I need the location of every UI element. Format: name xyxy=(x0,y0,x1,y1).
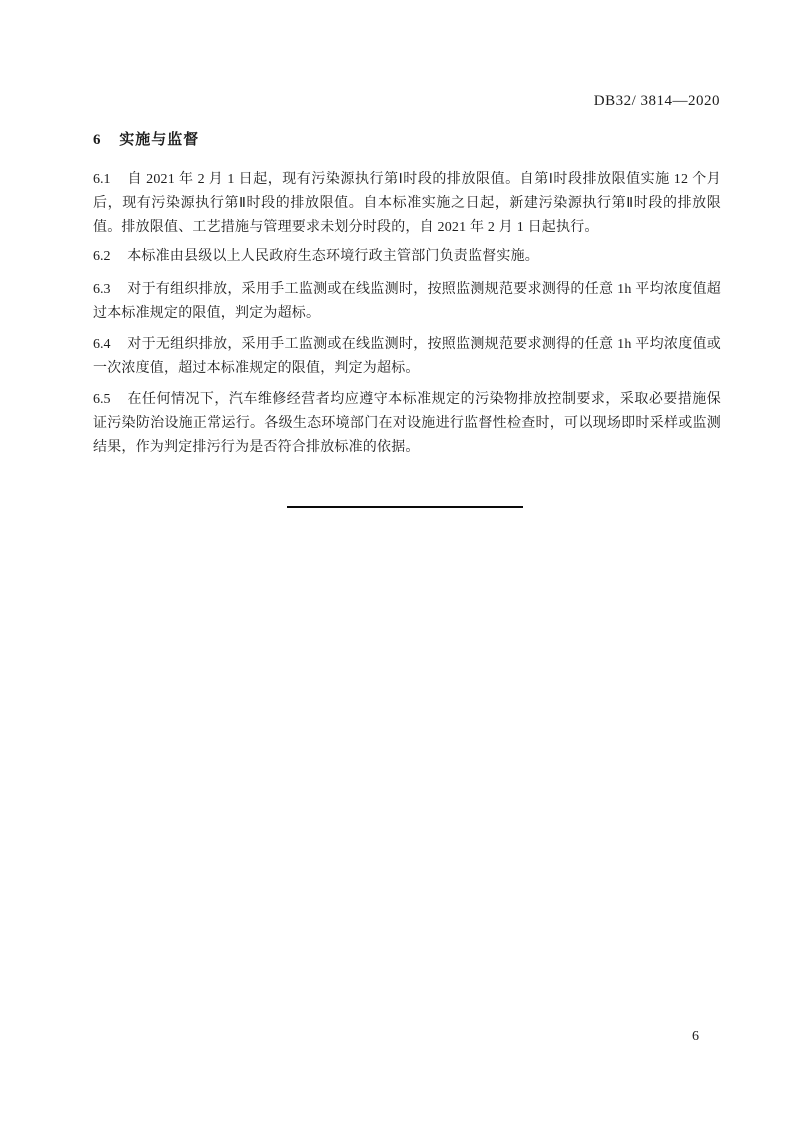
page-number: 6 xyxy=(692,1029,699,1045)
clause-6-4-text: 对于无组织排放，采用手工监测或在线监测时，按照监测规范要求测得的任意 1h 平均… xyxy=(93,337,721,376)
clause-6-5-text: 在任何情况下，汽车维修经营者均应遵守本标准规定的污染物排放控制要求，采取必要措施… xyxy=(93,392,721,455)
clause-6-1-number: 6.1 xyxy=(93,172,111,187)
clause-6-1-text: 自 2021 年 2 月 1 日起，现有污染源执行第Ⅰ时段的排放限值。自第Ⅰ时段… xyxy=(93,172,721,235)
end-of-text-divider xyxy=(287,506,523,508)
clause-6-2-number: 6.2 xyxy=(93,249,111,264)
clause-6-4-number: 6.4 xyxy=(93,337,111,352)
standard-code: DB32/ 3814—2020 xyxy=(594,93,720,110)
clause-6-3-number: 6.3 xyxy=(93,282,111,297)
clause-6-5: 6.5 在任何情况下，汽车维修经营者均应遵守本标准规定的污染物排放控制要求，采取… xyxy=(93,388,721,460)
section-title: 实施与监督 xyxy=(119,132,199,148)
clause-6-4: 6.4 对于无组织排放，采用手工监测或在线监测时，按照监测规范要求测得的任意 1… xyxy=(93,333,721,381)
clause-6-1: 6.1 自 2021 年 2 月 1 日起，现有污染源执行第Ⅰ时段的排放限值。自… xyxy=(93,168,721,240)
section-number: 6 xyxy=(93,132,101,148)
clause-6-2: 6.2 本标准由县级以上人民政府生态环境行政主管部门负责监督实施。 xyxy=(93,245,721,269)
clause-6-3: 6.3 对于有组织排放，采用手工监测或在线监测时，按照监测规范要求测得的任意 1… xyxy=(93,278,721,326)
clause-6-3-text: 对于有组织排放，采用手工监测或在线监测时，按照监测规范要求测得的任意 1h 平均… xyxy=(93,282,721,321)
section-heading: 6 实施与监督 xyxy=(93,128,199,149)
clause-6-2-text: 本标准由县级以上人民政府生态环境行政主管部门负责监督实施。 xyxy=(127,249,539,264)
document-page: DB32/ 3814—2020 6 实施与监督 6.1 自 2021 年 2 月… xyxy=(0,0,796,1122)
clause-6-5-number: 6.5 xyxy=(93,392,111,407)
